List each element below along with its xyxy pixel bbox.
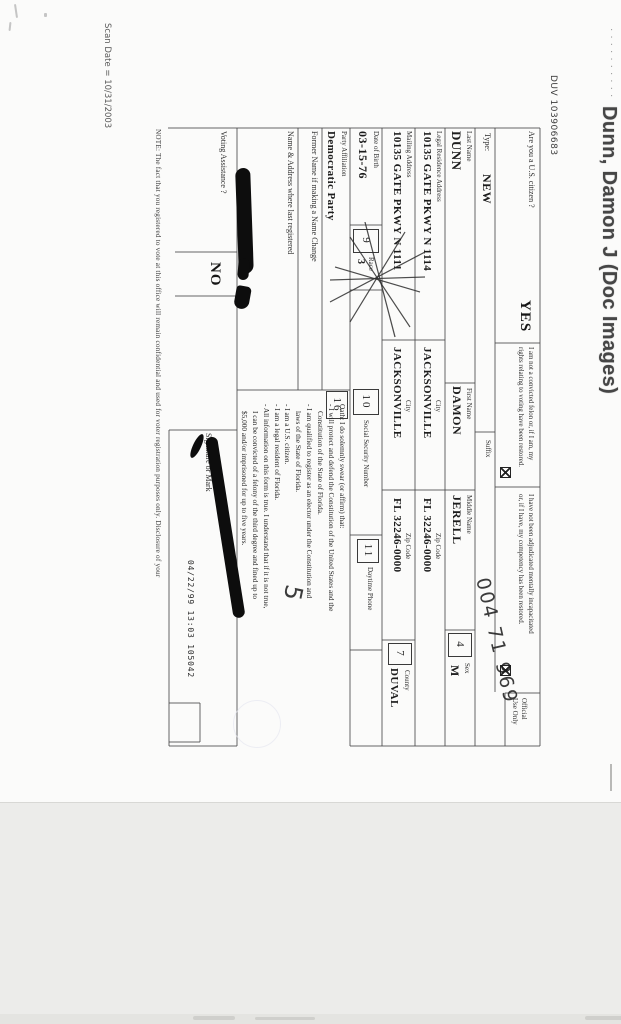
mailing-address-label: Mailing Address [405, 131, 413, 177]
mental-statement-line2: or, if I have, my competency has been re… [515, 494, 525, 634]
oath-line: Oath: I do solemnly swear (or affirm) th… [336, 404, 347, 611]
felon-checked-checkbox-icon [500, 467, 511, 478]
confidentiality-footnote: NOTE: The fact that you registered to vo… [154, 129, 162, 577]
faint-watermark-circle [233, 700, 281, 748]
oath-line: laws of the State of Florida. [292, 404, 303, 611]
last-registered-label: Name & Address where last registered [286, 131, 295, 254]
ssn-field-number: 10 [360, 395, 372, 410]
mental-statement-line1: I have not been adjudicated mentally inc… [525, 494, 535, 634]
felon-statement-line1: I am not a convicted felon or, if I am, … [525, 347, 535, 467]
redaction-marker-stroke [237, 258, 250, 281]
phone-label: Daytime Phone [366, 567, 374, 610]
dob-label: Date of Birth [372, 131, 380, 168]
last-name-value: DUNN [448, 131, 464, 171]
legal-zip-label: Zip Code [434, 533, 442, 559]
citizen-question-label: Are you a U.S. citizen ? [527, 131, 536, 208]
citizen-answer-value: YES [516, 300, 533, 332]
oath-line: - I am a U.S. citizen. [282, 404, 293, 611]
rotated-scanned-form: ·········· Dunn, Damon J (Doc Images) DU… [0, 0, 621, 1024]
county-label: County [403, 670, 411, 691]
sex-field-number-box: 4 [448, 633, 472, 657]
county-field-number: 7 [394, 650, 406, 658]
oath-line: Constitution of the State of Florida. [314, 404, 325, 611]
middle-name-label: Middle Name [465, 495, 473, 534]
voting-assistance-label: Voting Assistance ? [219, 131, 228, 194]
county-field-number-box: 7 [388, 643, 412, 665]
official-use-label-line1: Official [519, 698, 528, 725]
oath-line: - I will protect and defend the Constitu… [325, 404, 336, 611]
middle-name-value: JERELL [449, 495, 464, 545]
ssn-label: Social Security Number [362, 420, 370, 487]
legal-address-label: Legal Residence Address [435, 131, 443, 202]
mailing-zip-value: FL 32246-0000 [391, 498, 403, 573]
party-label: Party Affiliation [340, 131, 348, 177]
oath-text-block: Oath: I do solemnly swear (or affirm) th… [238, 404, 347, 611]
type-value: NEW [479, 174, 494, 204]
phone-field-number: 11 [362, 544, 374, 559]
legal-city-value: JACKSONVILLE [421, 347, 433, 439]
legal-zip-value: FL 32246-0000 [421, 498, 433, 573]
timestamp-stamp: 04/22/99 13:03 105042 [186, 560, 195, 678]
oath-line: - All information on this form is true. … [260, 404, 271, 611]
party-value: Democratic Party [325, 131, 337, 221]
scanned-document-page: { "page": { "title_prefix": "··········"… [0, 0, 621, 1024]
phone-field-number-box: 11 [357, 539, 379, 563]
mailing-city-value: JACKSONVILLE [391, 347, 403, 439]
first-name-label: First Name [465, 388, 473, 419]
sex-value: M [447, 665, 462, 677]
county-value: DUVAL [388, 668, 400, 708]
sex-field-number: 4 [454, 641, 466, 649]
mailing-zip-label: Zip Code [404, 533, 412, 559]
oath-line: I can be convicted of a felony of the th… [249, 404, 260, 611]
last-name-label: Last Name [465, 131, 473, 162]
dob-value: 03-15-76 [355, 131, 370, 179]
oath-line: - I am a legal resident of Florida. [271, 404, 282, 611]
suffix-label: Suffix [484, 440, 492, 457]
starburst-doodle [329, 222, 425, 338]
oath-line: - I am qualified to register as an elect… [303, 404, 314, 611]
former-name-label: Former Name if making a Name Change [310, 131, 319, 262]
first-name-value: DAMON [449, 386, 464, 435]
ssn-field-number-box: 10 [353, 389, 379, 415]
felon-statement-line2: rights relating to voting have been rest… [515, 347, 525, 467]
mailing-city-label: City [404, 400, 412, 412]
type-label: Type: [483, 133, 492, 151]
legal-city-label: City [434, 400, 442, 412]
sex-label: Sex [463, 663, 471, 674]
voting-assistance-value: NO [206, 262, 223, 287]
